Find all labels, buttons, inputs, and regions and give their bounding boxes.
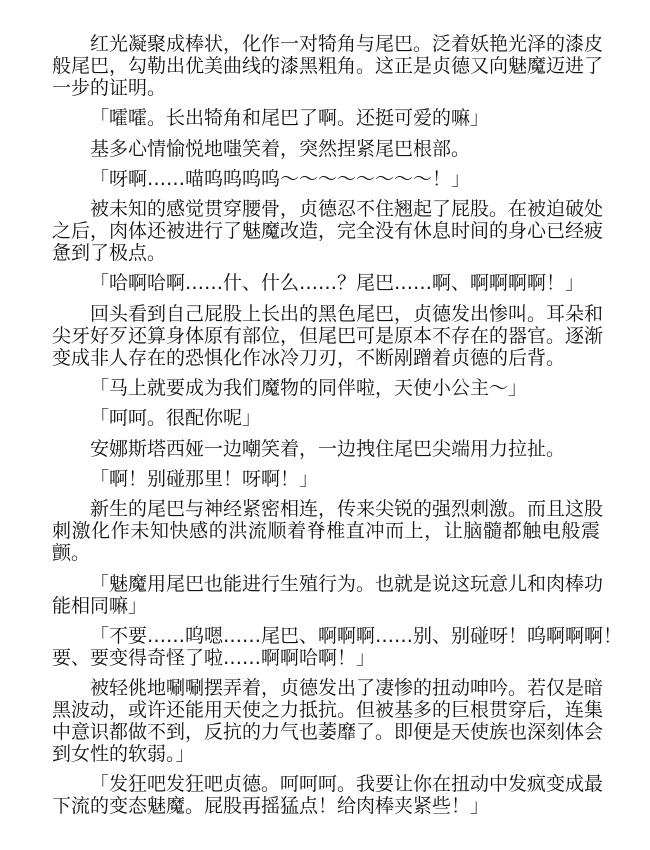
text-line: 尖牙好歹还算身体原有部位，但尾巴可是原本不存在的器官。逐渐 [52, 325, 600, 347]
text-line: 要、要变得奇怪了啦……啊啊哈啊！」 [52, 647, 600, 669]
narration-paragraph: 安娜斯塔西娅一边嘲笑着，一边拽住尾巴尖端用力拉扯。 [52, 438, 600, 460]
narration-paragraph: 红光凝聚成棒状，化作一对犄角与尾巴。泛着妖艳光泽的漆皮 般尾巴，勾勒出优美曲线的… [52, 33, 600, 99]
dialogue-paragraph: 「嚯嚯。长出犄角和尾巴了啊。还挺可爱的嘛」 [52, 107, 600, 129]
dialogue-paragraph: 「呵呵。很配你呢」 [52, 407, 600, 429]
text-line: 被未知的感觉贯穿腰骨，贞德忍不住翘起了屁股。在被迫破处 [52, 198, 600, 220]
text-line: 「嚯嚯。长出犄角和尾巴了啊。还挺可爱的嘛」 [52, 107, 600, 129]
dialogue-paragraph: 「发狂吧发狂吧贞德。呵呵呵。我要让你在扭动中发疯变成最 下流的变态魅魔。屁股再摇… [52, 773, 600, 817]
text-line: 安娜斯塔西娅一边嘲笑着，一边拽住尾巴尖端用力拉扯。 [52, 438, 600, 460]
text-line: 红光凝聚成棒状，化作一对犄角与尾巴。泛着妖艳光泽的漆皮 [52, 33, 600, 55]
text-line: 般尾巴，勾勒出优美曲线的漆黑粗角。这正是贞德又向魅魔迈进了 [52, 55, 600, 77]
dialogue-paragraph: 「哈啊哈啊……什、什么……？尾巴……啊、啊啊啊啊！」 [52, 272, 600, 294]
text-line: 回头看到自己屁股上长出的黑色尾巴，贞德发出惨叫。耳朵和 [52, 303, 600, 325]
narration-paragraph: 基多心情愉悦地嗤笑着，突然捏紧尾巴根部。 [52, 138, 600, 160]
text-line: 「马上就要成为我们魔物的同伴啦，天使小公主～」 [52, 377, 600, 399]
text-line: 之后，肉体还被进行了魅魔改造，完全没有休息时间的身心已经疲 [52, 220, 600, 242]
text-line: 基多心情愉悦地嗤笑着，突然捏紧尾巴根部。 [52, 138, 600, 160]
text-line: 「呵呵。很配你呢」 [52, 407, 600, 429]
text-line: 变成非人存在的恐惧化作冰冷刀刃，不断剐蹭着贞德的后背。 [52, 347, 600, 369]
document-page: 红光凝聚成棒状，化作一对犄角与尾巴。泛着妖艳光泽的漆皮 般尾巴，勾勒出优美曲线的… [0, 0, 650, 850]
narration-paragraph: 被轻佻地唰唰摆弄着，贞德发出了凄惨的扭动呻吟。若仅是暗 黑波动，或许还能用天使之… [52, 677, 600, 765]
dialogue-paragraph: 「啊！别碰那里！呀啊！」 [52, 468, 600, 490]
dialogue-paragraph: 「马上就要成为我们魔物的同伴啦，天使小公主～」 [52, 377, 600, 399]
text-line: 「发狂吧发狂吧贞德。呵呵呵。我要让你在扭动中发疯变成最 [52, 773, 600, 795]
text-line: 「哈啊哈啊……什、什么……？尾巴……啊、啊啊啊啊！」 [52, 272, 600, 294]
text-line: 「呀啊……喵呜呜呜呜～～～～～～～～！」 [52, 168, 600, 190]
dialogue-paragraph: 「不要……呜嗯……尾巴、啊啊啊……别、别碰呀！呜啊啊啊！ 要、要变得奇怪了啦……… [52, 625, 600, 669]
dialogue-paragraph: 「魅魔用尾巴也能进行生殖行为。也就是说这玩意儿和肉棒功 能相同嘛」 [52, 573, 600, 617]
text-line: 颤。 [52, 542, 600, 564]
narration-paragraph: 回头看到自己屁股上长出的黑色尾巴，贞德发出惨叫。耳朵和 尖牙好歹还算身体原有部位… [52, 303, 600, 369]
text-line: 刺激化作未知快感的洪流顺着脊椎直冲而上，让脑髓都触电般震 [52, 520, 600, 542]
text-line: 能相同嘛」 [52, 595, 600, 617]
narration-paragraph: 新生的尾巴与神经紧密相连，传来尖锐的强烈刺激。而且这股 刺激化作未知快感的洪流顺… [52, 498, 600, 564]
text-line: 一步的证明。 [52, 77, 600, 99]
text-line: 下流的变态魅魔。屁股再摇猛点！给肉棒夹紧些！」 [52, 795, 600, 817]
text-line: 新生的尾巴与神经紧密相连，传来尖锐的强烈刺激。而且这股 [52, 498, 600, 520]
text-line: 中意识都做不到，反抗的力气也萎靡了。即便是天使族也深刻体会 [52, 721, 600, 743]
text-line: 到女性的软弱。」 [52, 743, 600, 765]
text-line: 「不要……呜嗯……尾巴、啊啊啊……别、别碰呀！呜啊啊啊！ [52, 625, 600, 647]
text-line: 「魅魔用尾巴也能进行生殖行为。也就是说这玩意儿和肉棒功 [52, 573, 600, 595]
dialogue-paragraph: 「呀啊……喵呜呜呜呜～～～～～～～～！」 [52, 168, 600, 190]
text-line: 黑波动，或许还能用天使之力抵抗。但被基多的巨根贯穿后，连集 [52, 699, 600, 721]
text-line: 被轻佻地唰唰摆弄着，贞德发出了凄惨的扭动呻吟。若仅是暗 [52, 677, 600, 699]
text-line: 「啊！别碰那里！呀啊！」 [52, 468, 600, 490]
text-line: 惫到了极点。 [52, 242, 600, 264]
narration-paragraph: 被未知的感觉贯穿腰骨，贞德忍不住翘起了屁股。在被迫破处 之后，肉体还被进行了魅魔… [52, 198, 600, 264]
